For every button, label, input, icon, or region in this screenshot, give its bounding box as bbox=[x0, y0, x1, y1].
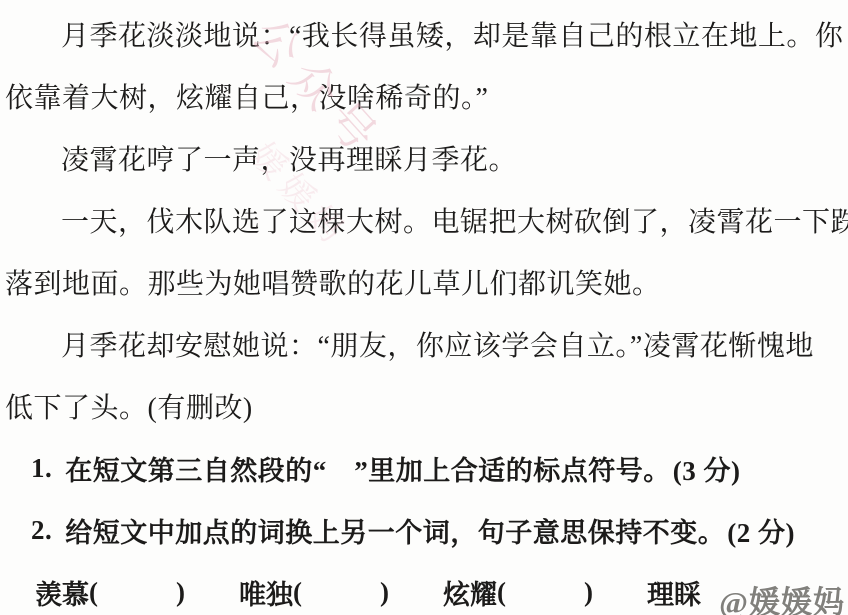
question-number: 1. bbox=[31, 453, 52, 484]
word-item-licai: 理睬 bbox=[647, 573, 701, 612]
word-label: 理睬 bbox=[647, 573, 701, 612]
word-label: 唯独 bbox=[239, 573, 293, 612]
question-text: 给短文中加点的词换上另一个词，句子意思保持不变。 bbox=[65, 511, 725, 550]
question-number: 2. bbox=[31, 515, 52, 546]
account-watermark: @媛媛妈 bbox=[719, 577, 845, 615]
question-2: 2. 给短文中加点的词换上另一个词，句子意思保持不变。 (2 分) bbox=[31, 499, 848, 561]
question-list: 1. 在短文第三自然段的“ ”里加上合适的标点符号。 (3 分) 2. 给短文中… bbox=[0, 437, 848, 561]
word-label: 羡慕 bbox=[35, 573, 89, 612]
reading-passage: 月季花淡淡地说：“我长得虽矮，却是靠自己的根立在地上。你 依靠着大树，炫耀自己，… bbox=[0, 3, 848, 437]
question-text: 在短文第三自然段的“ ”里加上合适的标点符号。 bbox=[65, 449, 671, 488]
word-item-xianmu: 羡慕() bbox=[35, 573, 185, 612]
worksheet-page: 公众号 媛媛妈 月季花淡淡地说：“我长得虽矮，却是靠自己的根立在地上。你 依靠着… bbox=[0, 0, 848, 615]
passage-line: 月季花却安慰她说：“朋友，你应该学会自立。”凌霄花惭愧地 bbox=[61, 313, 848, 375]
passage-line: 月季花淡淡地说：“我长得虽矮，却是靠自己的根立在地上。你 bbox=[61, 3, 848, 65]
blank-close-paren: ) bbox=[176, 577, 185, 608]
passage-line: 低下了头。(有删改) bbox=[5, 375, 848, 437]
blank-open-paren: ( bbox=[293, 577, 302, 608]
passage-line: 依靠着大树，炫耀自己，没啥稀奇的。” bbox=[5, 65, 848, 127]
blank-open-paren: ( bbox=[497, 577, 506, 608]
word-label: 炫耀 bbox=[443, 573, 497, 612]
passage-line: 凌霄花哼了一声，没再理睬月季花。 bbox=[61, 127, 848, 189]
blank-open-paren: ( bbox=[89, 577, 98, 608]
word-bank-row: 羡慕() 唯独() 炫耀() 理睬 @媛媛妈 bbox=[35, 561, 848, 615]
question-1: 1. 在短文第三自然段的“ ”里加上合适的标点符号。 (3 分) bbox=[31, 437, 848, 499]
blank-close-paren: ) bbox=[380, 577, 389, 608]
word-item-weidu: 唯独() bbox=[239, 573, 389, 612]
passage-line: 一天，伐木队选了这棵大树。电锯把大树砍倒了，凌霄花一下跌 bbox=[61, 189, 848, 251]
passage-line: 落到地面。那些为她唱赞歌的花儿草儿们都讥笑她。 bbox=[5, 251, 848, 313]
word-item-xuanyao: 炫耀() bbox=[443, 573, 593, 612]
blank-close-paren: ) bbox=[584, 577, 593, 608]
question-score: (2 分) bbox=[727, 511, 795, 550]
question-score: (3 分) bbox=[673, 449, 741, 488]
